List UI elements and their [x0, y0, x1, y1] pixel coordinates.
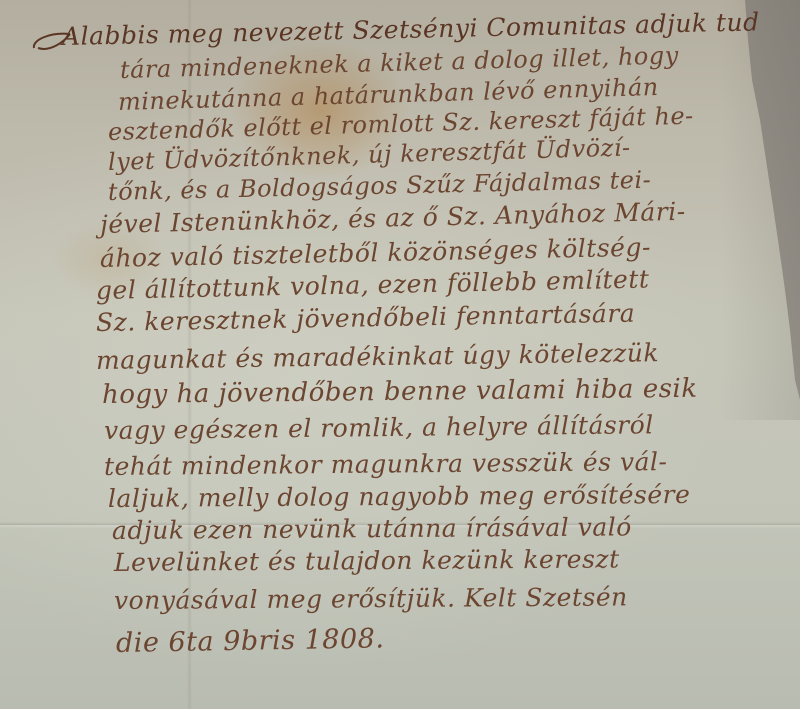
manuscript-line: vagy egészen el romlik, a helyre állítás…	[104, 410, 654, 445]
manuscript-line: adjuk ezen nevünk utánna írásával való	[112, 512, 632, 545]
photo-scene: Alabbis meg nevezett Szetsényi Comunitas…	[0, 0, 800, 709]
manuscript-line: Levelünket és tulajdon kezünk kereszt	[114, 544, 620, 577]
manuscript-line: tehát mindenkor magunkra vesszük és vál-	[104, 447, 668, 481]
manuscript-line: Sz. keresztnek jövendőbeli fenntartására	[96, 299, 636, 337]
manuscript-line: laljuk, melly dolog nagyobb meg erősítés…	[108, 480, 691, 513]
manuscript-line: vonyásával meg erősítjük. Kelt Szetsén	[114, 582, 628, 615]
manuscript-text: Alabbis meg nevezett Szetsényi Comunitas…	[0, 0, 800, 709]
manuscript-line date-line: die 6ta 9bris 1808.	[116, 623, 385, 659]
manuscript-line: hogy ha jövendőben benne valami hiba esi…	[102, 374, 698, 410]
manuscript-line: magunkat és maradékinkat úgy kötelezzük	[96, 338, 659, 375]
